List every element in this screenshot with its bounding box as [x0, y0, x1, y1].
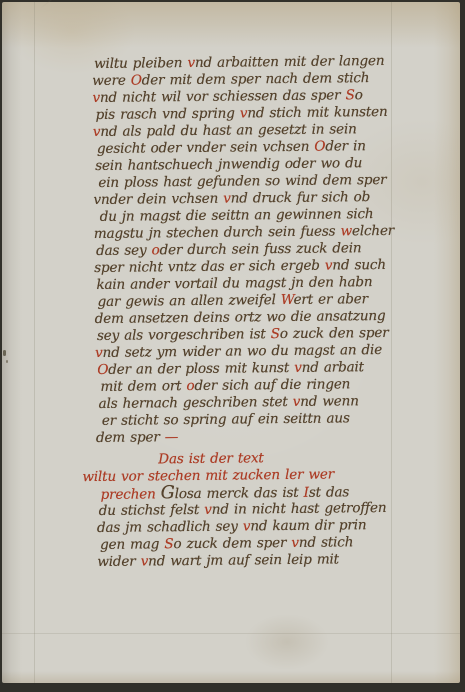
ink-text: du jn magst die seittn an gewinnen sich	[100, 206, 374, 225]
rubricated-text: v	[187, 55, 195, 71]
ink-text: gen mag	[100, 536, 164, 553]
rubricated-text: S	[345, 87, 354, 103]
ink-text: sey als vorgeschriben ist	[97, 326, 271, 344]
ink-text: nd als pald du hast an gesetzt in sein	[100, 121, 357, 140]
ink-text: der durch sein fuss zuck dein	[159, 240, 361, 258]
ink-speck	[6, 360, 8, 363]
ink-text: der an der ploss mit kunst	[108, 360, 294, 378]
ink-text: das jm schadlich sey	[97, 518, 243, 536]
manuscript-photo: wiltu pleiben vnd arbaitten mit der lang…	[0, 0, 465, 692]
rubricated-text: O	[131, 72, 142, 88]
rubricated-text: O	[97, 362, 108, 378]
ink-text: kain ander vortail du magst jn den habn	[96, 274, 372, 293]
rubricated-text: v	[293, 394, 301, 410]
ink-text: elcher	[352, 223, 394, 239]
ink-text: ein ploss hast gefunden so wind dem sper	[98, 172, 386, 191]
ink-text: o zuck dem sper	[173, 535, 291, 552]
rubricated-text: wiltu vor stechen mit zucken ler wer	[82, 466, 334, 485]
manuscript-page: wiltu pleiben vnd arbaitten mit der lang…	[2, 2, 460, 683]
ink-text: nd druck fur sich ob	[231, 189, 371, 206]
rubricated-text: —	[165, 429, 179, 445]
ink-text: dem ansetzen deins ortz wo die ansatzung	[95, 308, 386, 327]
ink-text: sper nicht vntz das er sich ergeb	[94, 258, 325, 276]
manuscript-text: wiltu pleiben vnd arbaitten mit der lang…	[92, 53, 415, 571]
ink-text: nd arbait	[302, 359, 364, 376]
text-line: gesicht oder vnder sein vchsen Oder in	[97, 138, 411, 158]
ink-text: wider	[97, 554, 141, 570]
text-line: du stichst felst vnd in nicht hast getro…	[99, 500, 415, 520]
ink-text: o zuck den sper	[280, 325, 389, 342]
rubricated-text: S	[271, 326, 280, 342]
rubricated-text: W	[281, 292, 294, 308]
ink-text: nd such	[332, 257, 386, 274]
ink-text: G	[161, 483, 175, 503]
rubricated-text: O	[314, 139, 325, 155]
ink-text: dem sper	[96, 429, 165, 446]
ink-text: sein hantschuech jnwendig oder wo du	[95, 155, 362, 174]
ink-text: er sticht so spring auf ein seittn aus	[102, 410, 350, 429]
rubricated-text: prechen	[101, 486, 161, 503]
text-line: vnd setz ym wider an wo du magst an die	[95, 342, 413, 362]
rubricated-text: v	[240, 105, 248, 121]
ink-text: nd nicht wil vor schiessen das sper	[100, 87, 346, 106]
text-line: magstu jn stechen durch sein fuess welch…	[94, 223, 412, 243]
ink-text: magstu jn stechen durch sein fuess	[94, 223, 341, 242]
ink-text: nd in nicht hast getroffen	[212, 500, 387, 518]
ink-text: als hernach geschriben stet	[99, 394, 293, 412]
ink-text: gesicht oder vnder sein vchsen	[97, 139, 315, 157]
ruling-line-bottom	[2, 633, 460, 634]
fold-crease	[40, 0, 127, 9]
rubricated-text: o	[151, 242, 159, 258]
text-line: wider vnd wart jm auf sein leip mit	[97, 551, 415, 571]
ink-text: pis rasch vnd spring	[96, 105, 240, 123]
rubricated-text: v	[291, 535, 299, 551]
ink-text: ert er aber	[293, 291, 368, 308]
ink-text: nd stich	[299, 534, 354, 551]
rubricated-text: v	[204, 502, 212, 518]
text-line: were Oder mit dem sper nach dem stich	[92, 70, 410, 90]
ink-text: nd kaum dir prin	[250, 517, 366, 534]
ink-text: gar gewis an allen zweifel	[97, 292, 280, 310]
ink-text: nd wenn	[300, 393, 359, 410]
ink-speck	[3, 350, 6, 356]
ink-text: nd stich mit kunsten	[247, 104, 387, 121]
ink-text: der sich auf die ringen	[194, 376, 350, 394]
text-line: pis rasch vnd spring vnd stich mit kunst…	[96, 104, 411, 124]
rubricated-text: w	[340, 223, 352, 239]
ink-text: der in	[325, 138, 366, 154]
rubricated-text: v	[141, 553, 149, 569]
ink-text: vnder dein vchsen	[93, 191, 223, 208]
ink-text: nd setz ym wider an wo du magst an die	[103, 342, 383, 361]
rubricated-text: Das ist der text	[158, 450, 264, 467]
ink-text: das sey	[96, 242, 152, 259]
ink-text: st das	[309, 484, 350, 500]
ink-text: du stichst felst	[99, 502, 205, 519]
ink-text: wiltu pleiben	[94, 55, 188, 72]
ink-text: mit dem ort	[100, 378, 186, 395]
ink-text: were	[92, 73, 131, 89]
ink-text: nd arbaitten mit der langen	[195, 53, 385, 71]
ink-text: o	[355, 87, 363, 103]
ink-text: losa merck das ist	[175, 485, 304, 502]
ruling-line-left	[34, 2, 35, 683]
ink-text: nd wart jm auf sein leip mit	[148, 551, 339, 569]
text-line: dem sper —	[96, 427, 414, 447]
ink-text: der mit dem sper nach dem stich	[142, 70, 370, 88]
rubricated-text: o	[186, 378, 194, 394]
